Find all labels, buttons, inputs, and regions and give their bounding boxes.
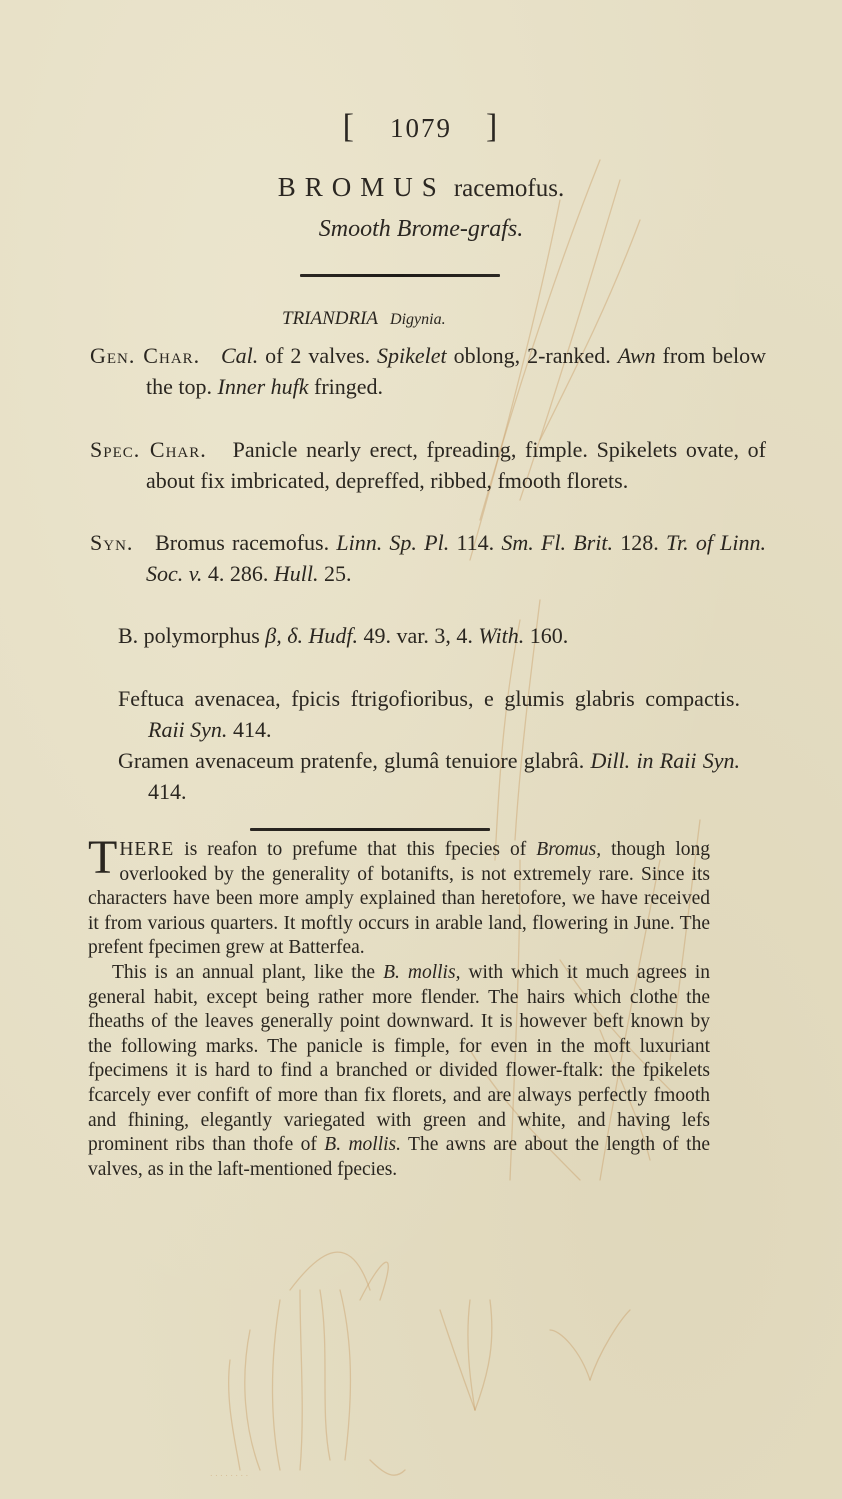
synonym-part: 49. var. 3, 4. <box>358 623 478 648</box>
gen-char-part: oblong, 2-ranked. <box>447 343 618 368</box>
drop-cap: T <box>88 838 117 878</box>
species-epithet: racemofus. <box>454 175 564 202</box>
description: THERE is reafon to prefume that this fpe… <box>88 838 710 1182</box>
spec-char-label: Spec. Char. <box>90 437 207 462</box>
gen-char-part: of 2 valves. <box>258 343 377 368</box>
synonym-part: 4. 286. <box>202 561 274 586</box>
gen-char-part: Awn <box>618 343 656 368</box>
synonym-part: 114. <box>449 530 501 555</box>
syn-label: Syn. <box>90 530 133 555</box>
section-rule <box>250 828 490 831</box>
class-name: TRIANDRIA <box>282 308 378 329</box>
title-rule <box>300 274 500 277</box>
synonym-part: B. polymorphus <box>118 623 265 648</box>
synonym-part: β, δ. Hudf. <box>265 623 358 648</box>
specific-character: Spec. Char. Panicle nearly erect, fpread… <box>90 434 766 496</box>
gen-char-part: fringed. <box>309 374 384 399</box>
linnaean-classification: TRIANDRIADigynia. <box>282 308 446 330</box>
paragraph-text: with which it much agrees in general hab… <box>88 962 710 1155</box>
species-reference: B. mollis. <box>324 1134 401 1155</box>
order-name: Digynia. <box>390 311 446 328</box>
synonym-entry: B. polymorphus β, δ. Hudf. 49. var. 3, 4… <box>118 620 740 651</box>
bracket-close: ] <box>486 108 499 145</box>
synonym-part: 160. <box>524 623 568 648</box>
synonym-part: Sm. Fl. Brit. <box>501 530 613 555</box>
synonym-part: Raii Syn. <box>148 717 227 742</box>
synonym-part: Gramen avenaceum pratenfe, glumâ tenuior… <box>118 748 590 773</box>
synonym-entry: Gramen avenaceum pratenfe, glumâ tenuior… <box>118 745 740 807</box>
gen-char-part: Spikelet <box>377 343 447 368</box>
synonym-part: 414. <box>148 779 187 804</box>
paragraph-text: is reafon to prefume that this fpecies o… <box>174 839 536 860</box>
synonym-part: 25. <box>319 561 352 586</box>
synonym-part: Linn. Sp. Pl. <box>336 530 449 555</box>
page-number: [1079] <box>0 108 842 146</box>
paragraph-text: This is an annual plant, like the <box>112 962 383 983</box>
spec-char-text: Panicle nearly erect, fpreading, fimple.… <box>146 437 766 493</box>
gen-char-part: Inner hufk <box>218 374 309 399</box>
species-title: BROMUSracemofus. <box>0 172 842 203</box>
lead-word: HERE <box>119 839 174 860</box>
species-reference: B. mollis, <box>383 962 460 983</box>
genus-reference: Bromus, <box>536 839 601 860</box>
bracket-open: [ <box>343 108 356 145</box>
synonym-entry: Feftuca avenacea, fpicis ftrigofioribus,… <box>118 683 740 745</box>
synonym-part: 414. <box>227 717 271 742</box>
synonym-entry: Syn. Bromus racemofus. Linn. Sp. Pl. 114… <box>90 527 766 589</box>
description-paragraph-1: THERE is reafon to prefume that this fpe… <box>88 838 710 961</box>
synonym-part: Dill. in Raii Syn. <box>590 748 740 773</box>
generic-character: Gen. Char. Cal. of 2 valves. Spikelet ob… <box>90 340 766 402</box>
synonym-part: Bromus racemofus. <box>155 530 336 555</box>
synonym-part: 128. <box>613 530 666 555</box>
description-paragraph-2: This is an annual plant, like the B. mol… <box>88 961 710 1182</box>
page-number-value: 1079 <box>390 113 452 143</box>
synonym-part: Hull. <box>274 561 319 586</box>
common-name: Smooth Brome-grafs. <box>0 216 842 243</box>
gen-char-part: Cal. <box>221 343 258 368</box>
synonym-part: With. <box>478 623 524 648</box>
genus-name: BROMUS <box>278 172 446 202</box>
gen-char-label: Gen. Char. <box>90 343 200 368</box>
synonym-part: Feftuca avenacea, fpicis ftrigofioribus,… <box>118 686 740 711</box>
